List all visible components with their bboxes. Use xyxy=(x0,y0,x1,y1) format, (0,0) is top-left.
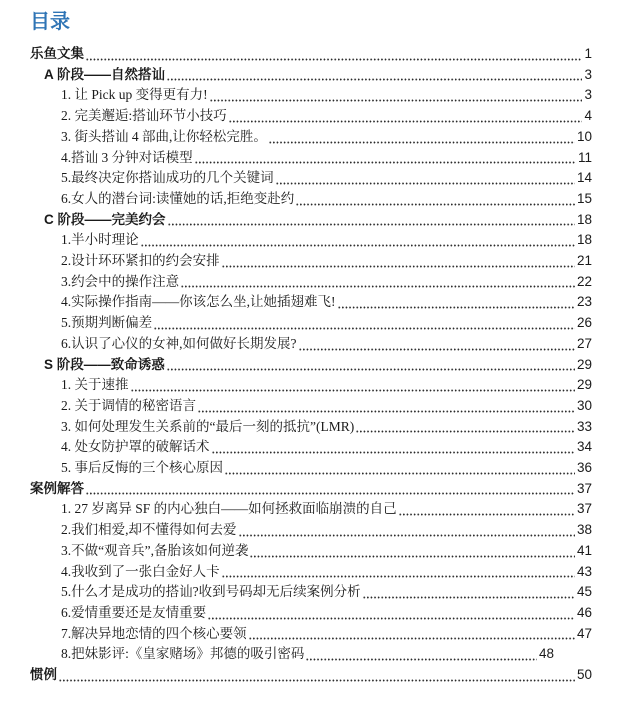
toc-entry-page: 1 xyxy=(584,44,592,65)
toc-entry[interactable]: 惯例 50 xyxy=(30,665,592,686)
toc-entry-text: 6.爱情重要还是友情重要 xyxy=(61,603,206,624)
dot-leader-icon xyxy=(212,451,575,454)
toc-entry-text: 4.我收到了一张白金好人卡 xyxy=(61,562,220,583)
dot-leader-icon xyxy=(131,389,575,392)
toc-entry-page: 18 xyxy=(577,230,592,251)
toc-entry-page: 45 xyxy=(577,582,592,603)
toc-entry-page: 22 xyxy=(577,272,592,293)
toc-entry[interactable]: 3.不做“观音兵”,备胎该如何逆袭 41 xyxy=(30,541,592,562)
toc-entry-text: 1.半小时理论 xyxy=(61,230,139,251)
toc-entry-page: 47 xyxy=(577,624,592,645)
toc-entry-text: 1. 让 Pick up 变得更有力! xyxy=(61,85,208,106)
toc-entry-text: 5.预期判断偏差 xyxy=(61,313,152,334)
dot-leader-icon xyxy=(86,58,582,61)
dot-leader-icon xyxy=(208,617,575,620)
toc-entry-page: 37 xyxy=(577,479,592,500)
toc-entry-text: 7.解决异地恋情的四个核心要领 xyxy=(61,624,247,645)
toc-list: 乐鱼文集 1 A 阶段——自然搭讪 3 1. 让 Pick up 变得更有力! … xyxy=(30,44,592,686)
toc-entry[interactable]: 4.我收到了一张白金好人卡 43 xyxy=(30,562,592,583)
toc-entry[interactable]: 8.把妹影评:《皇家赌场》邦德的吸引密码 48 xyxy=(30,644,554,665)
toc-entry-text: 3. 如何处理发生关系前的“最后一刻的抵抗”(LMR) xyxy=(61,417,354,438)
toc-entry-page: 43 xyxy=(577,562,592,583)
toc-entry-text: 4. 处女防护罩的破解话术 xyxy=(61,437,210,458)
toc-entry-page: 18 xyxy=(577,210,592,231)
dot-leader-icon xyxy=(225,472,575,475)
toc-entry-page: 41 xyxy=(577,541,592,562)
toc-entry[interactable]: 4. 处女防护罩的破解话术 34 xyxy=(30,437,592,458)
dot-leader-icon xyxy=(269,141,575,144)
toc-entry-page: 4 xyxy=(584,106,592,127)
toc-entry-page: 14 xyxy=(577,168,592,189)
toc-entry-text: S 阶段——致命诱惑 xyxy=(44,355,165,376)
dot-leader-icon xyxy=(154,327,575,330)
dot-leader-icon xyxy=(167,368,575,371)
dot-leader-icon xyxy=(167,78,582,81)
toc-entry-text: 案例解答 xyxy=(30,479,84,500)
dot-leader-icon xyxy=(195,161,576,164)
dot-leader-icon xyxy=(276,182,575,185)
toc-entry-text: A 阶段——自然搭讪 xyxy=(44,65,165,86)
toc-entry[interactable]: 5.最终决定你搭讪成功的几个关键词 14 xyxy=(30,168,592,189)
dot-leader-icon xyxy=(222,265,575,268)
toc-page: 目录 乐鱼文集 1 A 阶段——自然搭讪 3 1. 让 Pick up 变得更有… xyxy=(0,0,630,710)
toc-entry-page: 48 xyxy=(539,644,554,665)
toc-entry-page: 29 xyxy=(577,355,592,376)
toc-entry[interactable]: 7.解决异地恋情的四个核心要领 47 xyxy=(30,624,592,645)
toc-entry[interactable]: 3. 如何处理发生关系前的“最后一刻的抵抗”(LMR) 33 xyxy=(30,417,592,438)
toc-entry-page: 46 xyxy=(577,603,592,624)
toc-entry-page: 29 xyxy=(577,375,592,396)
toc-entry[interactable]: 1. 关于速推 29 xyxy=(30,375,592,396)
dot-leader-icon xyxy=(198,410,575,413)
dot-leader-icon xyxy=(356,430,575,433)
dot-leader-icon xyxy=(168,223,575,226)
toc-entry[interactable]: 5.预期判断偏差 26 xyxy=(30,313,592,334)
toc-entry-text: 6.女人的潜台词:读懂她的话,拒绝变赴约 xyxy=(61,189,294,210)
toc-entry-text: C 阶段——完美约会 xyxy=(44,210,166,231)
toc-entry-text: 3.不做“观音兵”,备胎该如何逆袭 xyxy=(61,541,248,562)
toc-entry-page: 27 xyxy=(577,334,592,355)
toc-entry-text: 4.搭讪 3 分钟对话模型 xyxy=(61,148,193,169)
toc-entry-page: 11 xyxy=(578,148,592,169)
toc-entry-page: 30 xyxy=(577,396,592,417)
toc-entry-text: 2.设计环环紧扣的约会安排 xyxy=(61,251,220,272)
toc-entry-page: 10 xyxy=(577,127,592,148)
toc-entry[interactable]: 2.设计环环紧扣的约会安排 21 xyxy=(30,251,592,272)
toc-entry-page: 3 xyxy=(584,65,592,86)
toc-entry-page: 36 xyxy=(577,458,592,479)
toc-entry-page: 38 xyxy=(577,520,592,541)
dot-leader-icon xyxy=(86,492,575,495)
toc-entry[interactable]: 4.实际操作指南——你该怎么坐,让她插翅难飞! 23 xyxy=(30,292,592,313)
toc-entry-text: 惯例 xyxy=(30,665,57,686)
toc-entry-text: 4.实际操作指南——你该怎么坐,让她插翅难飞! xyxy=(61,292,336,313)
toc-entry[interactable]: A 阶段——自然搭讪 3 xyxy=(30,65,592,86)
toc-entry-text: 3. 街头搭讪 4 部曲,让你轻松完胜。 xyxy=(61,127,267,148)
page-title: 目录 xyxy=(30,10,592,35)
dot-leader-icon xyxy=(306,658,537,661)
toc-entry[interactable]: 2.我们相爱,却不懂得如何去爱 38 xyxy=(30,520,592,541)
dot-leader-icon xyxy=(229,120,583,123)
toc-entry-text: 1. 27 岁离异 SF 的内心独白——如何拯救面临崩溃的自己 xyxy=(61,499,397,520)
toc-entry[interactable]: 1. 让 Pick up 变得更有力! 3 xyxy=(30,85,592,106)
toc-entry[interactable]: 案例解答 37 xyxy=(30,479,592,500)
toc-entry-text: 5.什么才是成功的搭讪?收到号码却无后续案例分析 xyxy=(61,582,361,603)
toc-entry-page: 34 xyxy=(577,437,592,458)
toc-entry-text: 3.约会中的操作注意 xyxy=(61,272,179,293)
dot-leader-icon xyxy=(250,555,574,558)
toc-entry[interactable]: 4.搭讪 3 分钟对话模型 11 xyxy=(30,148,592,169)
toc-entry-text: 5.最终决定你搭讪成功的几个关键词 xyxy=(61,168,274,189)
toc-entry-page: 21 xyxy=(577,251,592,272)
dot-leader-icon xyxy=(296,203,575,206)
toc-entry[interactable]: 2. 完美邂逅:搭讪环节小技巧 4 xyxy=(30,106,592,127)
toc-entry[interactable]: 5.什么才是成功的搭讪?收到号码却无后续案例分析 45 xyxy=(30,582,592,603)
dot-leader-icon xyxy=(338,306,575,309)
toc-entry-text: 乐鱼文集 xyxy=(30,44,84,65)
toc-entry-page: 37 xyxy=(577,499,592,520)
toc-entry-text: 5. 事后反悔的三个核心原因 xyxy=(61,458,223,479)
toc-entry-page: 23 xyxy=(577,292,592,313)
toc-entry[interactable]: 3. 街头搭讪 4 部曲,让你轻松完胜。 10 xyxy=(30,127,592,148)
toc-entry[interactable]: 1.半小时理论 18 xyxy=(30,230,592,251)
toc-entry[interactable]: 乐鱼文集 1 xyxy=(30,44,592,65)
toc-entry[interactable]: 6.认识了心仪的女神,如何做好长期发展? 27 xyxy=(30,334,592,355)
dot-leader-icon xyxy=(363,596,575,599)
dot-leader-icon xyxy=(59,679,575,682)
toc-entry-text: 2. 关于调情的秘密语言 xyxy=(61,396,196,417)
dot-leader-icon xyxy=(210,99,583,102)
toc-entry[interactable]: 1. 27 岁离异 SF 的内心独白——如何拯救面临崩溃的自己 37 xyxy=(30,499,592,520)
toc-entry[interactable]: 3.约会中的操作注意 22 xyxy=(30,272,592,293)
toc-entry[interactable]: C 阶段——完美约会 18 xyxy=(30,210,592,231)
dot-leader-icon xyxy=(239,534,575,537)
toc-entry-page: 3 xyxy=(584,85,592,106)
dot-leader-icon xyxy=(181,285,575,288)
toc-entry[interactable]: 6.女人的潜台词:读懂她的话,拒绝变赴约 15 xyxy=(30,189,592,210)
toc-entry-page: 15 xyxy=(577,189,592,210)
toc-entry-page: 26 xyxy=(577,313,592,334)
dot-leader-icon xyxy=(399,513,575,516)
toc-entry-page: 33 xyxy=(577,417,592,438)
toc-entry[interactable]: S 阶段——致命诱惑 29 xyxy=(30,355,592,376)
dot-leader-icon xyxy=(222,575,575,578)
dot-leader-icon xyxy=(299,348,575,351)
toc-entry-page: 50 xyxy=(577,665,592,686)
toc-entry[interactable]: 6.爱情重要还是友情重要 46 xyxy=(30,603,592,624)
toc-entry-text: 8.把妹影评:《皇家赌场》邦德的吸引密码 xyxy=(61,644,304,665)
toc-entry-text: 2. 完美邂逅:搭讪环节小技巧 xyxy=(61,106,227,127)
toc-entry-text: 1. 关于速推 xyxy=(61,375,129,396)
toc-entry-text: 2.我们相爱,却不懂得如何去爱 xyxy=(61,520,237,541)
toc-entry[interactable]: 2. 关于调情的秘密语言 30 xyxy=(30,396,592,417)
toc-entry[interactable]: 5. 事后反悔的三个核心原因 36 xyxy=(30,458,592,479)
dot-leader-icon xyxy=(141,244,575,247)
dot-leader-icon xyxy=(249,637,575,640)
toc-entry-text: 6.认识了心仪的女神,如何做好长期发展? xyxy=(61,334,297,355)
